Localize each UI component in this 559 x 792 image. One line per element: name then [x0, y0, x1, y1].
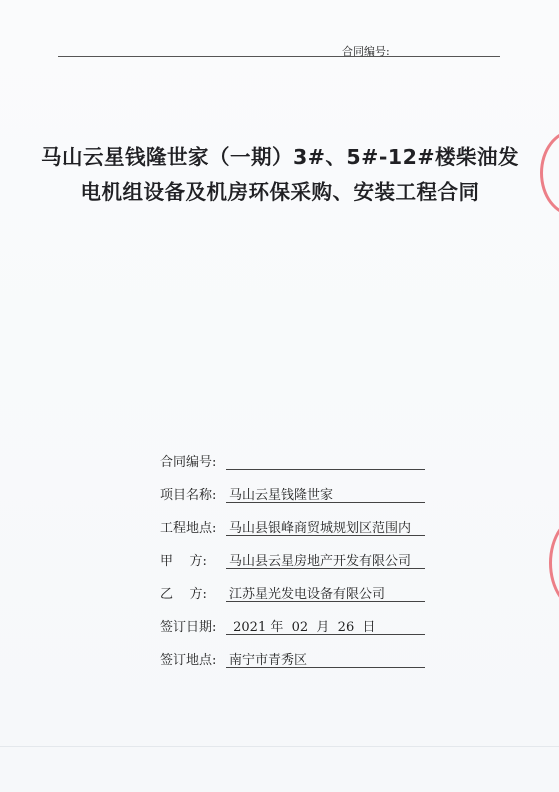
field-project-name: 项目名称: 马山云星钱隆世家 [160, 470, 425, 503]
title-line-2: 电机组设备及机房环保采购、安装工程合同 [30, 175, 530, 210]
scan-edge-line [0, 746, 559, 747]
field-contract-no: 合同编号: [160, 437, 425, 470]
field-project-location: 工程地点: 马山县银峰商贸城规划区范围内 [160, 503, 425, 536]
document-title: 马山云星钱隆世家（一期）3#、5#-12#楼柴油发 电机组设备及机房环保采购、安… [30, 140, 530, 210]
field-party-a: 甲 方: 马山县云星房地产开发有限公司 [160, 536, 425, 569]
field-party-b: 乙 方: 江苏星光发电设备有限公司 [160, 569, 425, 602]
company-seal-stamp [549, 515, 559, 611]
contract-cover-page: 合同编号: 马山云星钱隆世家（一期）3#、5#-12#楼柴油发 电机组设备及机房… [0, 0, 559, 792]
contract-info-fields: 合同编号: 项目名称: 马山云星钱隆世家 工程地点: 马山县银峰商贸城规划区范围… [160, 437, 425, 668]
field-signing-place: 签订地点: 南宁市青秀区 [160, 635, 425, 668]
header-rule [58, 56, 500, 57]
field-signing-date: 签订日期: 2021 年 02 月 26 日 [160, 602, 425, 635]
company-seal-stamp [540, 130, 559, 216]
title-line-1: 马山云星钱隆世家（一期）3#、5#-12#楼柴油发 [30, 140, 530, 175]
